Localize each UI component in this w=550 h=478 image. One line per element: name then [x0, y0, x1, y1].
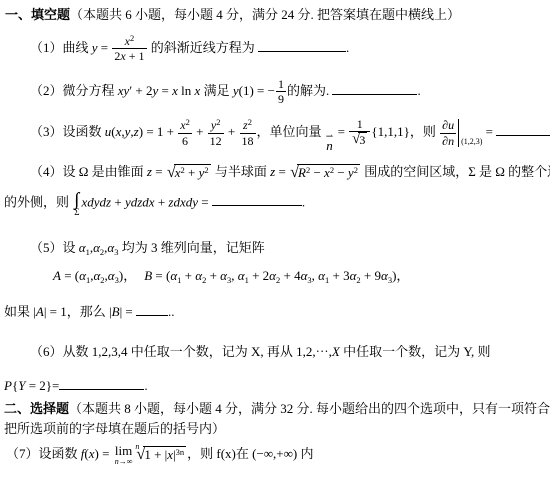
text: + 3 — [329, 268, 349, 283]
text: + 9 — [361, 268, 381, 283]
fraction: ∂u∂n — [440, 118, 456, 148]
text: = — [98, 40, 112, 55]
text: . — [417, 83, 420, 98]
double-integral-sign: ∫∫ — [74, 190, 79, 208]
text: （3）设函数 — [30, 124, 105, 139]
math-var: ydzdx — [125, 194, 155, 209]
subscript: 3 — [114, 247, 118, 257]
superscript: 2 — [216, 117, 220, 127]
text: + — [181, 268, 195, 283]
math-var: z — [243, 118, 248, 132]
heading-choice-line-2: 把所选项前的字母填在题后的括号内） — [4, 421, 225, 437]
superscript: 2 — [204, 165, 208, 175]
math-var: B — [112, 304, 120, 319]
math-var: α — [269, 268, 276, 283]
text: | = 1，那么 | — [44, 304, 112, 319]
text: 3 — [359, 133, 365, 147]
subscript: 3 — [115, 275, 119, 285]
text: （2）微分方程 — [30, 83, 118, 98]
math-var: α — [79, 240, 86, 255]
text: + 1 — [126, 49, 145, 63]
text: = 2}= — [25, 378, 59, 393]
math-var: α — [238, 268, 245, 283]
denominator: 18 — [240, 133, 256, 148]
superscript: 2 — [181, 165, 185, 175]
math-var: n — [448, 134, 454, 148]
denominator: √3 — [349, 131, 370, 149]
numerator: 1 — [276, 77, 286, 91]
denominator: 12 — [208, 133, 224, 148]
text: ，则 f(x)在 (−∞,+∞) 内 — [187, 446, 313, 461]
text: . — [346, 40, 349, 55]
subscript: 1 — [325, 275, 329, 285]
math-var: zdxdy — [168, 194, 198, 209]
text: .. — [168, 304, 175, 319]
subscript: 1 — [177, 275, 181, 285]
answer-blank — [136, 303, 168, 316]
subscript: 1 — [86, 275, 90, 285]
answer-blank — [212, 193, 302, 206]
text: + — [225, 124, 239, 139]
text: (1) = − — [239, 83, 275, 98]
limit: limn→∞ — [115, 444, 133, 466]
superscript: 2 — [130, 33, 134, 43]
question-5-line-2: A = (α1,α2,α3)，B = (α1 + α2 + α3, α1 + 2… — [53, 268, 409, 284]
superscript: 3n — [176, 447, 185, 457]
superscript: 2 — [330, 165, 334, 175]
question-1-line: （1）曲线 y = x22x + 1 的斜渐近线方程为 . — [30, 34, 349, 64]
text: + 2 — [249, 268, 269, 283]
text: = — [482, 124, 496, 139]
radical: n√1 + |x|3n — [135, 446, 186, 464]
text: . — [144, 378, 147, 393]
text: + — [111, 194, 125, 209]
question-5-line-1: （5）设 α1,α2,α3 均为 3 维列向量，记矩阵 — [30, 240, 265, 256]
integral-domain: Σ — [74, 208, 79, 217]
text: + — [185, 165, 199, 180]
subscript: 3 — [307, 275, 311, 285]
text: （7）设函数 — [6, 446, 81, 461]
math-var: α — [108, 268, 115, 283]
radical: √R2 − x2 − y2 — [290, 164, 360, 182]
text: = — [334, 124, 348, 139]
radicand: 3 — [358, 132, 367, 149]
math-var: R — [298, 165, 306, 180]
question-4-line-2: 的外侧，则 ∫∫Σxdydz + ydzdx + zdxdy = . — [4, 190, 305, 217]
denominator: 9 — [276, 91, 286, 106]
section-title: 一、填空题 — [5, 7, 70, 22]
numerator: 1 — [349, 117, 370, 131]
text: ) = — [95, 446, 113, 461]
question-3-line: （3）设函数 u(x,y,z) = 1 + x26 + y212 + z218，… — [30, 117, 550, 153]
question-2-line: （2）微分方程 xy′ + 2y = x ln x 满足 y(1) = −19的… — [30, 77, 421, 107]
heading-choice-line-1: 二、选择题（本题共 8 小题，每小题 4 分，满分 32 分. 每小题给出的四个… — [4, 401, 550, 417]
answer-blank — [332, 82, 417, 95]
text: 6 — [182, 134, 188, 148]
denominator: ∂n — [440, 133, 456, 148]
evaluated-at-bar: (1,2,3) — [458, 119, 482, 147]
text: 如果 | — [4, 304, 36, 319]
text: = — [158, 83, 172, 98]
text: − — [310, 165, 324, 180]
text: = ( — [152, 268, 170, 283]
text: （1）曲线 — [30, 40, 92, 55]
subscript: 3 — [227, 275, 231, 285]
subscript: 2 — [276, 275, 280, 285]
math-var: B — [144, 268, 152, 283]
subscript: 2 — [202, 275, 206, 285]
text: 均为 3 维列向量，记矩阵 — [119, 240, 265, 255]
text: + — [155, 194, 169, 209]
math-var: X — [332, 344, 340, 359]
numerator: ∂u — [440, 118, 456, 132]
text: )， — [119, 268, 136, 283]
text: | = — [120, 304, 136, 319]
heading-fill-in: 一、填空题（本题共 6 小题，每小题 4 分，满分 24 分. 把答案填在题中横… — [5, 7, 460, 23]
superscript: 2 — [186, 117, 190, 127]
radicand: R2 − x2 − y2 — [297, 164, 360, 182]
vector-symbol: n — [326, 139, 333, 153]
limit-subscript: n→∞ — [115, 458, 133, 466]
text: {1,1,1}，则 — [371, 124, 439, 139]
radical: √x2 + y2 — [167, 164, 211, 182]
vector: ⇀n — [326, 134, 334, 153]
numerator: x2 — [178, 118, 192, 132]
math-var: xdydz — [82, 194, 112, 209]
text: ) = 1 + — [139, 124, 178, 139]
subscript: 3 — [388, 275, 392, 285]
text: 1 — [278, 77, 284, 91]
radicand: 1 + |x|3n — [143, 446, 186, 464]
math-var: A — [36, 304, 44, 319]
math-var: P — [4, 378, 12, 393]
text: 的斜渐近线方程为 — [148, 40, 259, 55]
subscript: 1 — [86, 247, 90, 257]
fraction: x22x + 1 — [112, 34, 146, 64]
text: 中任取一个数，记为 Y, 则 — [340, 344, 491, 359]
text: （4）设 Ω 是由锥面 — [30, 164, 147, 179]
text: 1 — [357, 117, 363, 131]
superscript: 2 — [354, 165, 358, 175]
math-var: α — [220, 268, 227, 283]
text: = — [275, 164, 289, 179]
question-5-line-3: 如果 |A| = 1，那么 |B| = .. — [4, 303, 175, 320]
text: 与半球面 — [212, 164, 271, 179]
text: （本题共 8 小题，每小题 4 分，满分 32 分. 每小题给出的四个选项中，只… — [69, 401, 550, 416]
fraction: z218 — [240, 118, 256, 148]
text: （本题共 6 小题，每小题 4 分，满分 24 分. 把答案填在题中横线上） — [70, 7, 460, 22]
superscript: 2 — [306, 165, 310, 175]
subscript: 1 — [245, 275, 249, 285]
fraction: y212 — [208, 118, 224, 148]
text: ′ + 2 — [129, 83, 152, 98]
text: 12 — [210, 134, 222, 148]
radical: √3 — [352, 132, 367, 149]
question-4-line-1: （4）设 Ω 是由锥面 z = √x2 + y2 与半球面 z = √R2 − … — [30, 164, 550, 182]
text: )， — [392, 268, 409, 283]
fraction: 1√3 — [349, 117, 370, 149]
superscript: 2 — [248, 117, 252, 127]
answer-blank — [496, 123, 550, 136]
exam-page: 一、填空题（本题共 6 小题，每小题 4 分，满分 24 分. 把答案填在题中横… — [0, 0, 550, 478]
numerator: x2 — [112, 34, 146, 48]
fraction: 19 — [276, 77, 286, 107]
text: ln — [178, 83, 195, 98]
question-7-line: （7）设函数 f(x) = limn→∞n√1 + |x|3n，则 f(x)在 … — [6, 444, 314, 466]
math-var: α — [79, 268, 86, 283]
answer-blank — [59, 377, 144, 390]
text: = ( — [61, 268, 79, 283]
bar-line — [458, 119, 459, 147]
math-var: x — [324, 165, 330, 180]
math-var: x — [175, 165, 181, 180]
text: = — [198, 194, 212, 209]
fraction: x26 — [178, 118, 192, 148]
math-var: xy — [118, 83, 130, 98]
radical-index: n — [135, 442, 139, 452]
text: ，单位向量 — [257, 124, 325, 139]
subscript: 2 — [356, 275, 360, 285]
text: − — [334, 165, 348, 180]
limit-label: lim — [115, 444, 132, 457]
text: 的解为. — [287, 83, 333, 98]
math-var: α — [93, 240, 100, 255]
text: + — [193, 124, 207, 139]
text: （5）设 — [30, 240, 79, 255]
text: + — [206, 268, 220, 283]
answer-blank — [258, 39, 346, 52]
text: 的外侧，则 — [4, 194, 72, 209]
question-6-line-1: （6）从数 1,2,3,4 中任取一个数，记为 X, 再从 1,2,⋯,X 中任… — [30, 344, 491, 360]
math-var: α — [318, 268, 325, 283]
math-var: y — [348, 165, 354, 180]
question-6-line-2: P{Y = 2}=. — [4, 377, 148, 394]
text: 18 — [242, 134, 254, 148]
radicand: x2 + y2 — [174, 164, 211, 182]
text: = — [152, 164, 166, 179]
text: 满足 — [200, 83, 233, 98]
math-var: A — [53, 268, 61, 283]
numerator: z2 — [240, 118, 256, 132]
math-var: x — [180, 118, 185, 132]
denominator: 2x + 1 — [112, 48, 146, 63]
text: 围成的空间区域，Σ 是 Ω 的整个边界 — [361, 164, 550, 179]
double-integral: ∫∫Σ — [74, 190, 79, 217]
section-title: 二、选择题 — [4, 401, 69, 416]
text: 9 — [278, 92, 284, 106]
subscript: 2 — [100, 275, 104, 285]
text: 把所选项前的字母填在题后的括号内） — [4, 421, 225, 436]
text: 1 + | — [144, 447, 167, 462]
math-var: α — [381, 268, 388, 283]
denominator: 6 — [178, 133, 192, 148]
text: + 4 — [280, 268, 300, 283]
text: （6）从数 1,2,3,4 中任取一个数，记为 X, 再从 1,2,⋯, — [30, 344, 332, 359]
subscript: 2 — [100, 247, 104, 257]
evaluation-point: (1,2,3) — [461, 137, 482, 147]
numerator: y2 — [208, 118, 224, 132]
text: . — [302, 194, 305, 209]
math-var: u — [448, 118, 454, 132]
